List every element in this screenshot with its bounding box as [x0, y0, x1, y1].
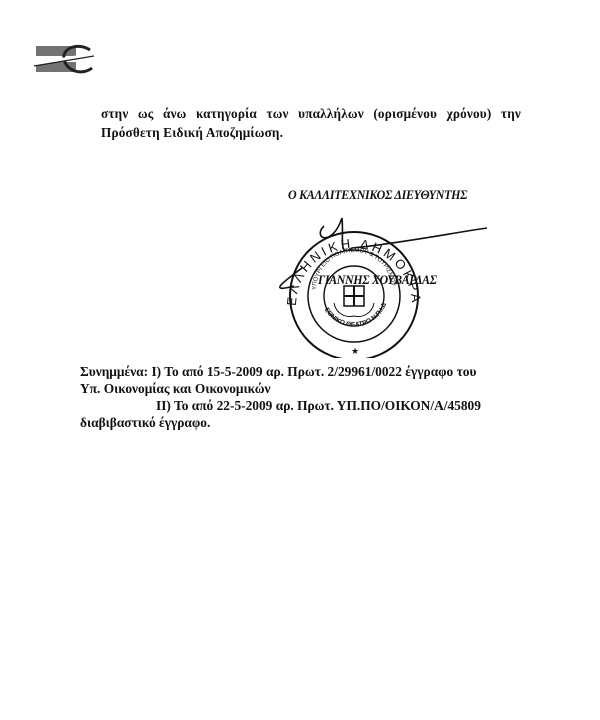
paragraph-line: Πρόσθετη Ειδική Αποζημίωση. [101, 123, 521, 142]
stamp-star-icon: ★ [351, 346, 359, 356]
stamp-outer-text: ΕΛΛΗΝΙΚΗ ΔΗΜΟΚΡΑΤΙΑ [272, 208, 424, 306]
attachment-line: ΙΙ) Το από 22-5-2009 αρ. Πρωτ. ΥΠ.ΠΟ/ΟΙΚ… [80, 397, 520, 414]
attachments-section: Συνημμένα: Ι) Το από 15-5-2009 αρ. Πρωτ.… [80, 363, 520, 431]
coat-of-arms-icon [334, 286, 374, 316]
attachment-line: Συνημμένα: Ι) Το από 15-5-2009 αρ. Πρωτ.… [80, 363, 520, 380]
signer-name: ΓΙΑΝΝΗΣ ΧΟΥΒΑΡΔΑΣ [318, 272, 437, 288]
body-paragraph: στην ως άνω κατηγορία των υπαλλήλων (ορι… [101, 104, 521, 142]
signatory-title: Ο ΚΑΛΛΙΤΕΧΝΙΚΟΣ ΔΙΕΥΘΥΝΤΗΣ [288, 187, 467, 203]
paragraph-line: στην ως άνω κατηγορία των υπαλλήλων (ορι… [101, 104, 521, 123]
attachment-line: Υπ. Οικονομίας και Οικονομικών [80, 380, 520, 397]
ministry-logo-icon [34, 42, 96, 76]
svg-text:ΕΛΛΗΝΙΚΗ ΔΗΜΟΚΡΑΤΙΑ: ΕΛΛΗΝΙΚΗ ΔΗΜΟΚΡΑΤΙΑ [272, 208, 424, 306]
attachment-line: διαβιβαστικό έγγραφο. [80, 414, 520, 431]
